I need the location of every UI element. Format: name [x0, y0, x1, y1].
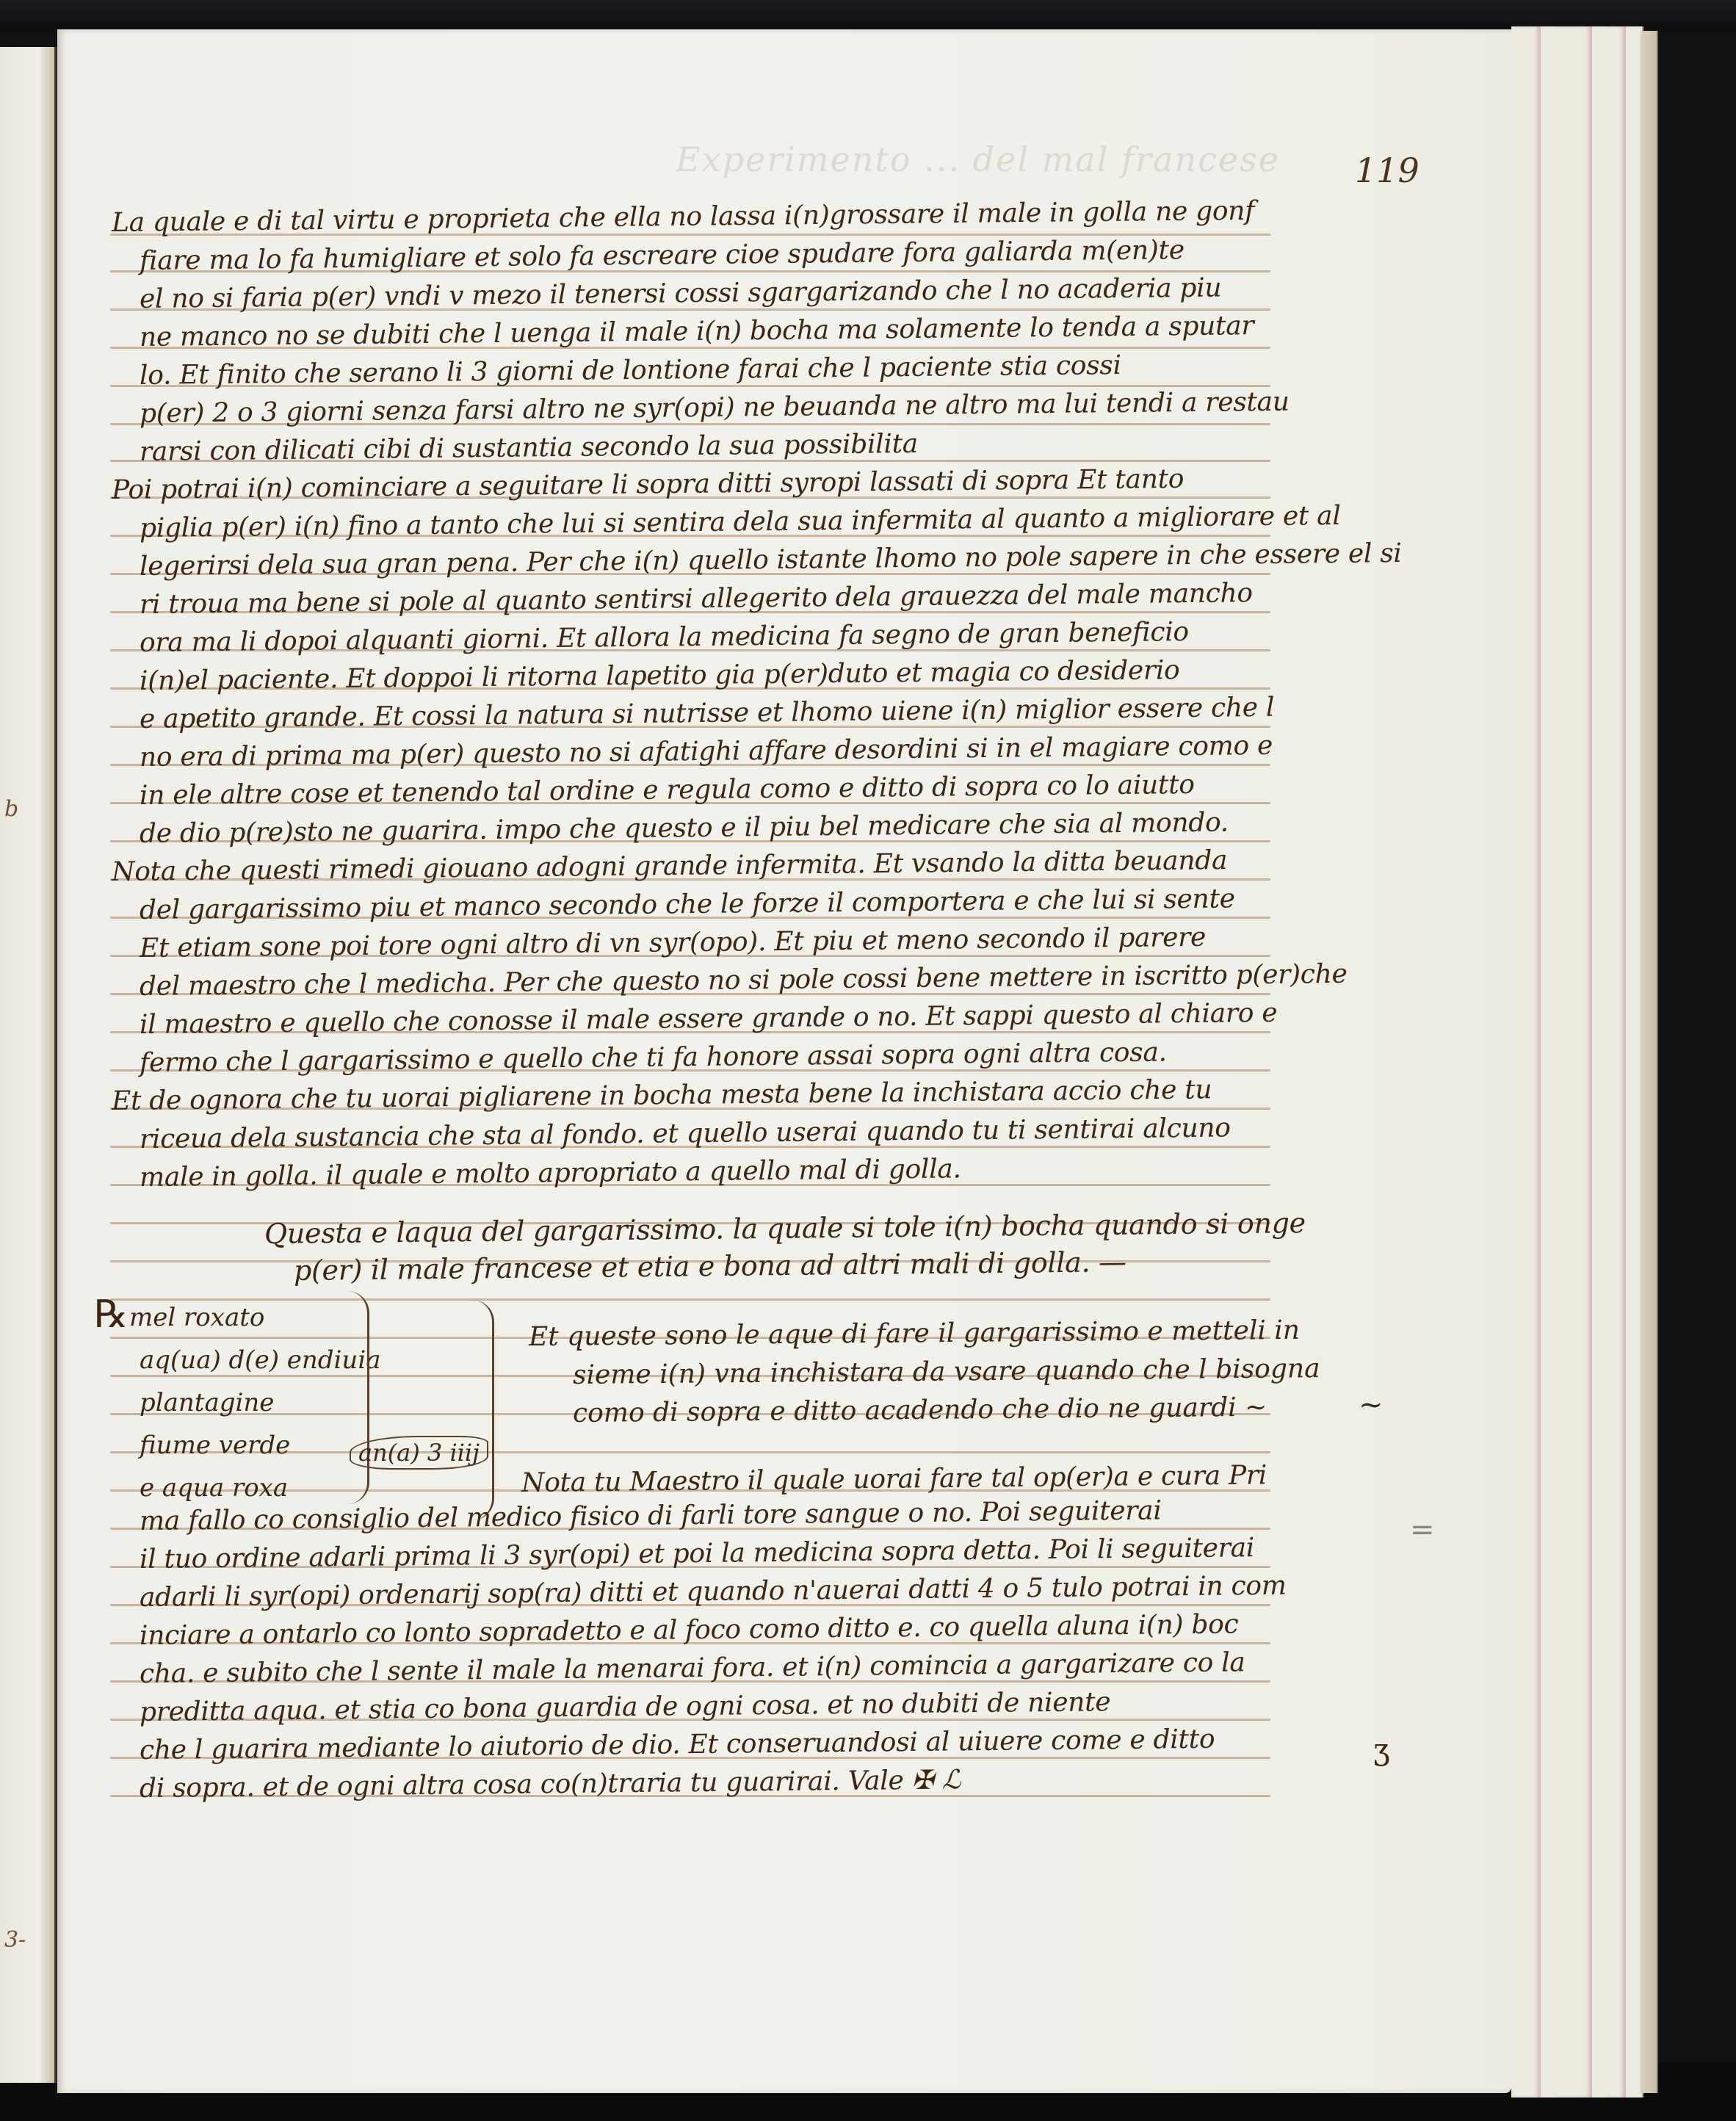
ingredient: mel roxato [103, 1296, 345, 1339]
prev-page-mark: 3- [4, 1927, 26, 1953]
ingredient: fiume verde [103, 1424, 345, 1467]
recipe-brace-right [470, 1300, 494, 1520]
folio-number: 119 [1355, 151, 1419, 190]
margin-equals-mark: = [1410, 1513, 1435, 1547]
ingredient: e aqua roxa [103, 1467, 345, 1509]
ingredient: plantagine [103, 1381, 345, 1424]
tilde-flourish: ~ [1359, 1388, 1384, 1422]
previous-page-edge: b 3- [0, 47, 57, 2083]
prev-page-mark: b [4, 796, 18, 822]
ingredient: aq(ua) d(e) endiuia [103, 1339, 345, 1381]
end-flourish: ʒ [1373, 1733, 1390, 1767]
scan-backdrop-top [0, 0, 1736, 32]
show-through-header: Experimento ... del mal francese [676, 140, 1280, 179]
book-spine-edge [1641, 31, 1658, 2093]
page-stack-edges [1511, 26, 1658, 2097]
recipe-brace-left [345, 1291, 369, 1504]
recipe-quantity: an(a) 3 iiij [350, 1436, 488, 1470]
recipe-ingredients: mel roxato aq(ua) d(e) endiuia plantagin… [103, 1296, 345, 1509]
